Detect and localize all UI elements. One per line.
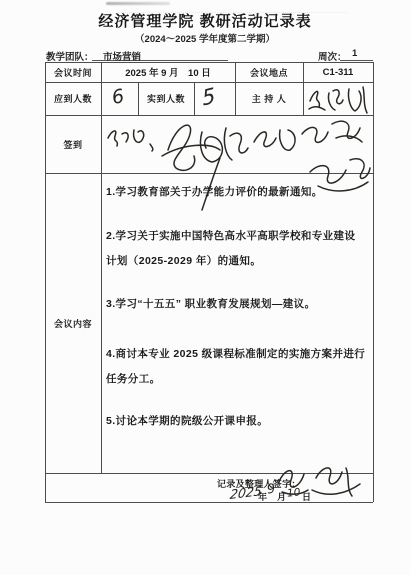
date-month-unit: 月	[277, 490, 286, 503]
week-field-value: 1	[352, 48, 357, 59]
meeting-place-value: C1-311	[303, 62, 373, 82]
meeting-time-label: 会议时间	[45, 62, 101, 82]
scanned-form-page: 经济管理学院 教研活动记录表 （2024～2025 学年度第二学期） 教学团队：…	[0, 0, 410, 575]
host-label: 主 持 人	[235, 82, 303, 115]
actual-count-handwritten: 5	[201, 83, 217, 110]
page-title: 经济管理学院 教研活动记录表	[0, 10, 410, 31]
meeting-time-value: 2025 年 9 月 10 日	[101, 62, 235, 82]
content-item-4: 4.商讨本专业 2025 级课程标准制定的实施方案并进行任务分工。	[106, 342, 366, 392]
table-row2-divider-2	[194, 82, 195, 115]
date-year-unit: 年	[258, 490, 267, 503]
week-field-underline	[340, 60, 373, 61]
meeting-content-label: 会议内容	[45, 317, 101, 329]
signin-label: 签到	[45, 115, 101, 173]
table-border-bottom	[45, 502, 373, 503]
scan-artifact-smudge	[106, 2, 170, 5]
actual-count-label: 实到人数	[138, 82, 194, 115]
date-day-unit: 日	[302, 490, 311, 503]
host-signature	[304, 83, 372, 115]
team-field-value: 市场营销	[103, 49, 141, 63]
content-item-1: 1.学习教育部关于办学能力评价的最新通知。	[106, 180, 366, 205]
team-field-label: 教学团队：	[46, 49, 94, 63]
date-day-handwritten: 10	[287, 486, 301, 499]
expected-count-label: 应到人数	[45, 82, 101, 115]
page-subtitle: （2024～2025 学年度第二学期）	[0, 31, 410, 45]
content-item-5: 5.讨论本学期的院级公开课申报。	[106, 409, 366, 434]
meeting-place-label: 会议地点	[235, 62, 303, 82]
content-item-2: 2.学习关于实施中国特色高水平高职学校和专业建设计划（2025-2029 年）的…	[106, 224, 366, 274]
content-item-3: 3.学习“十五五” 职业教育发展规划—建议。	[106, 292, 366, 317]
expected-count-handwritten: 6	[110, 85, 126, 109]
